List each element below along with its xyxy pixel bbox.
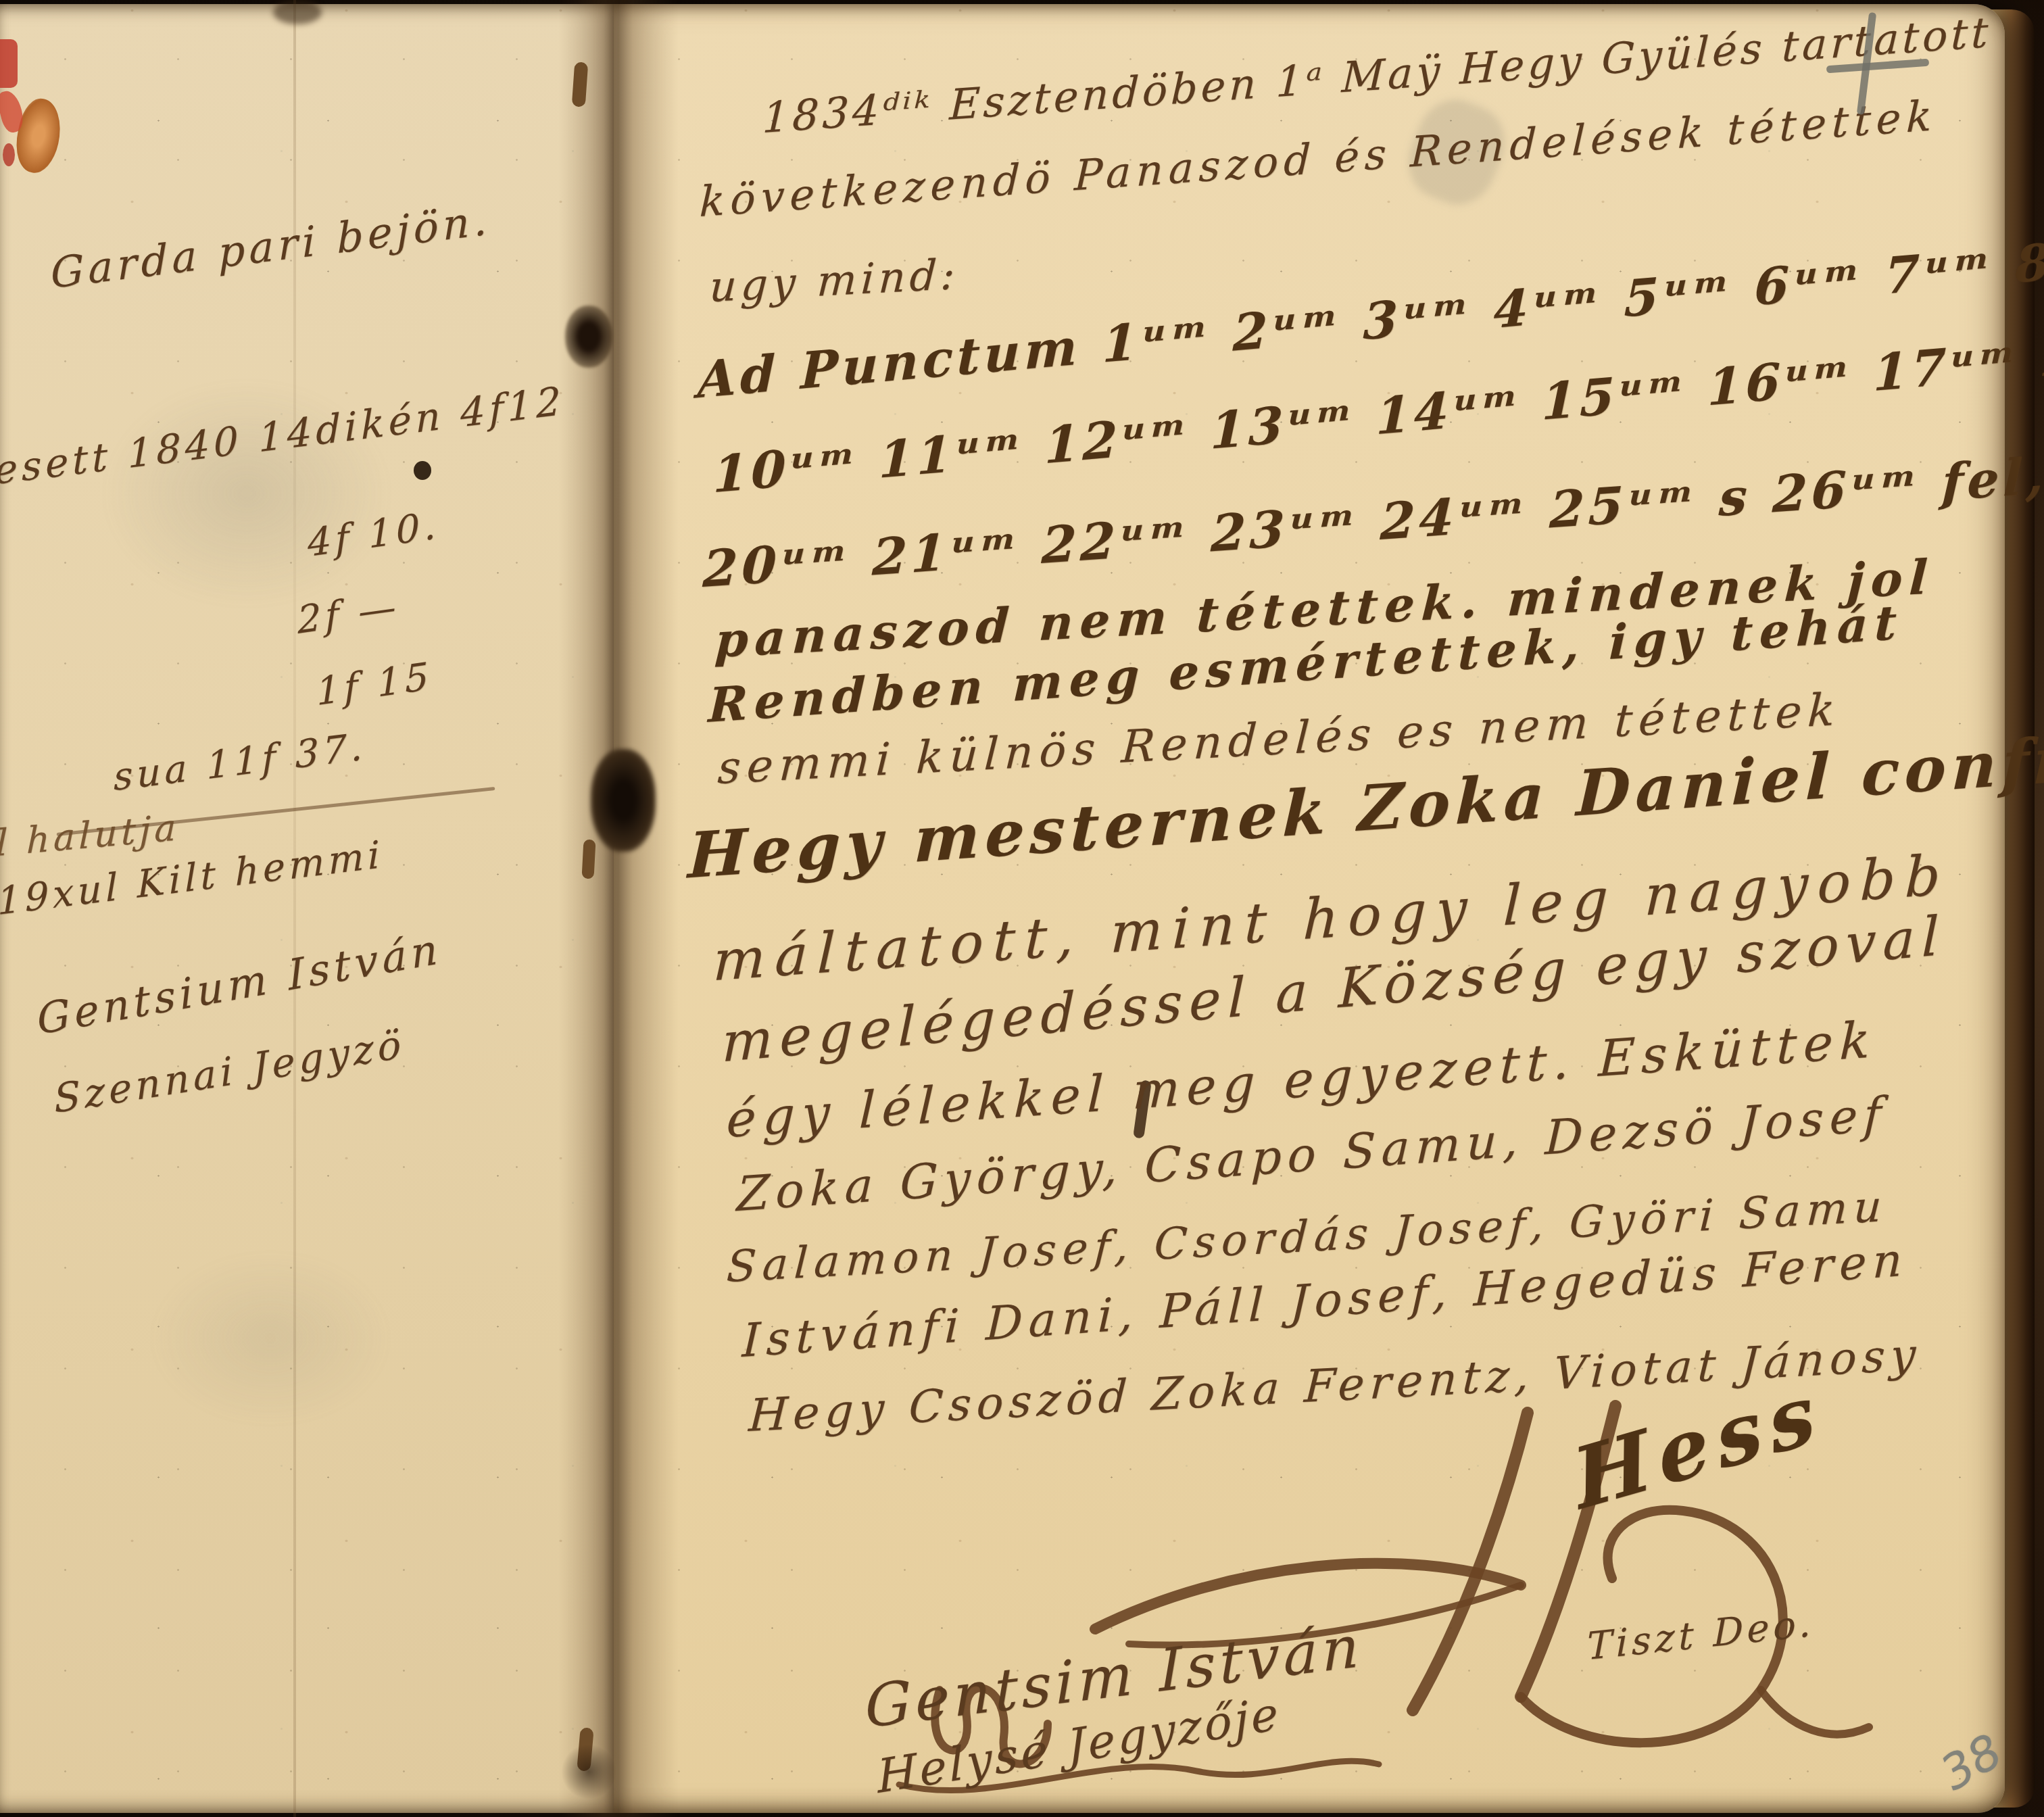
manuscript-scan: Garda pari bejön. esett 1840 14dikén 4f1… <box>0 0 2044 1817</box>
